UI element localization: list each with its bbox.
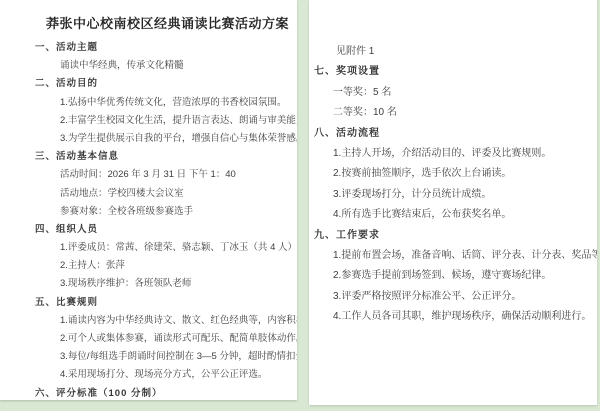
section-item: 参赛对象：全校各班级参赛选手 <box>0 203 297 221</box>
section-item: 3.评委现场打分，计分员统计成绩。 <box>309 185 597 205</box>
section-item: 一等奖：5 名 <box>309 83 597 103</box>
section-item: 3.评委严格按照评分标准公平、公正评分。 <box>309 287 597 307</box>
section-heading: 三、活动基本信息 <box>0 148 297 166</box>
document-title: 莽张中心校南校区经典诵读比赛活动方案 <box>0 13 297 32</box>
section-item: 4.工作人员各司其职，维护现场秩序，确保活动顺利进行。 <box>309 307 597 327</box>
section-item: 2.主持人：张萍 <box>0 257 297 275</box>
section-item: 诵读中华经典，传承文化精髓 <box>0 57 297 75</box>
section-item: 4.采用现场打分、现场亮分方式，公平公正评选。 <box>0 366 297 384</box>
right-page-content: 见附件 1七、奖项设置一等奖：5 名二等奖：10 名八、活动流程1.主持人开场，… <box>309 42 597 327</box>
section-item: 2.丰富学生校园文化生活，提升语言表达、朗诵与审美能力。 <box>0 112 297 130</box>
section-item: 1.弘扬中华优秀传统文化，营造浓厚的书香校园氛围。 <box>0 94 297 112</box>
left-page-content: 一、活动主题诵读中华经典，传承文化精髓二、活动目的1.弘扬中华优秀传统文化，营造… <box>0 39 297 403</box>
section-item: 活动时间：2026 年 3 月 31 日 下午 1：40 <box>0 166 297 184</box>
section-item: 3.为学生提供展示自我的平台，增强自信心与集体荣誉感。 <box>0 130 297 148</box>
section-item: 1.评委成员：常茜、徐建荣、骆志颖、丁冰玉（共 4 人） <box>0 239 297 257</box>
attachment-note: 见附件 1 <box>309 42 597 62</box>
section-item: 1.诵读内容为中华经典诗文、散文、红色经典等，内容积极健康。 <box>0 312 297 330</box>
section-item: 3.现场秩序维护：各班领队老师 <box>0 275 297 293</box>
section-item: 1.提前布置会场，准备音响、话筒、评分表、计分表、奖品等。 <box>309 246 597 266</box>
section-heading: 五、比赛规则 <box>0 294 297 312</box>
section-item: 3.每位/每组选手朗诵时间控制在 3—5 分钟，超时酌情扣分。 <box>0 348 297 366</box>
section-heading: 四、组织人员 <box>0 221 297 239</box>
section-heading: 七、奖项设置 <box>309 62 597 82</box>
section-heading: 六、评分标准（100 分制） <box>0 385 297 403</box>
document-page-left: 莽张中心校南校区经典诵读比赛活动方案 一、活动主题诵读中华经典，传承文化精髓二、… <box>0 0 297 400</box>
section-heading: 一、活动主题 <box>0 39 297 57</box>
document-page-right: 见附件 1七、奖项设置一等奖：5 名二等奖：10 名八、活动流程1.主持人开场，… <box>309 0 597 405</box>
section-heading: 八、活动流程 <box>309 124 597 144</box>
section-item: 2.参赛选手提前到场签到、候场，遵守赛场纪律。 <box>309 266 597 286</box>
document-viewer-background: 莽张中心校南校区经典诵读比赛活动方案 一、活动主题诵读中华经典，传承文化精髓二、… <box>0 0 600 411</box>
section-item: 2.可个人或集体参赛，诵读形式可配乐、配简单肢体动作。 <box>0 330 297 348</box>
section-item: 活动地点：学校四楼大会议室 <box>0 185 297 203</box>
section-heading: 二、活动目的 <box>0 75 297 93</box>
section-item: 二等奖：10 名 <box>309 103 597 123</box>
section-item: 4.所有选手比赛结束后，公布获奖名单。 <box>309 205 597 225</box>
section-heading: 九、工作要求 <box>309 226 597 246</box>
section-item: 1.主持人开场，介绍活动目的、评委及比赛规则。 <box>309 144 597 164</box>
section-item: 2.按赛前抽签顺序，选手依次上台诵读。 <box>309 164 597 184</box>
